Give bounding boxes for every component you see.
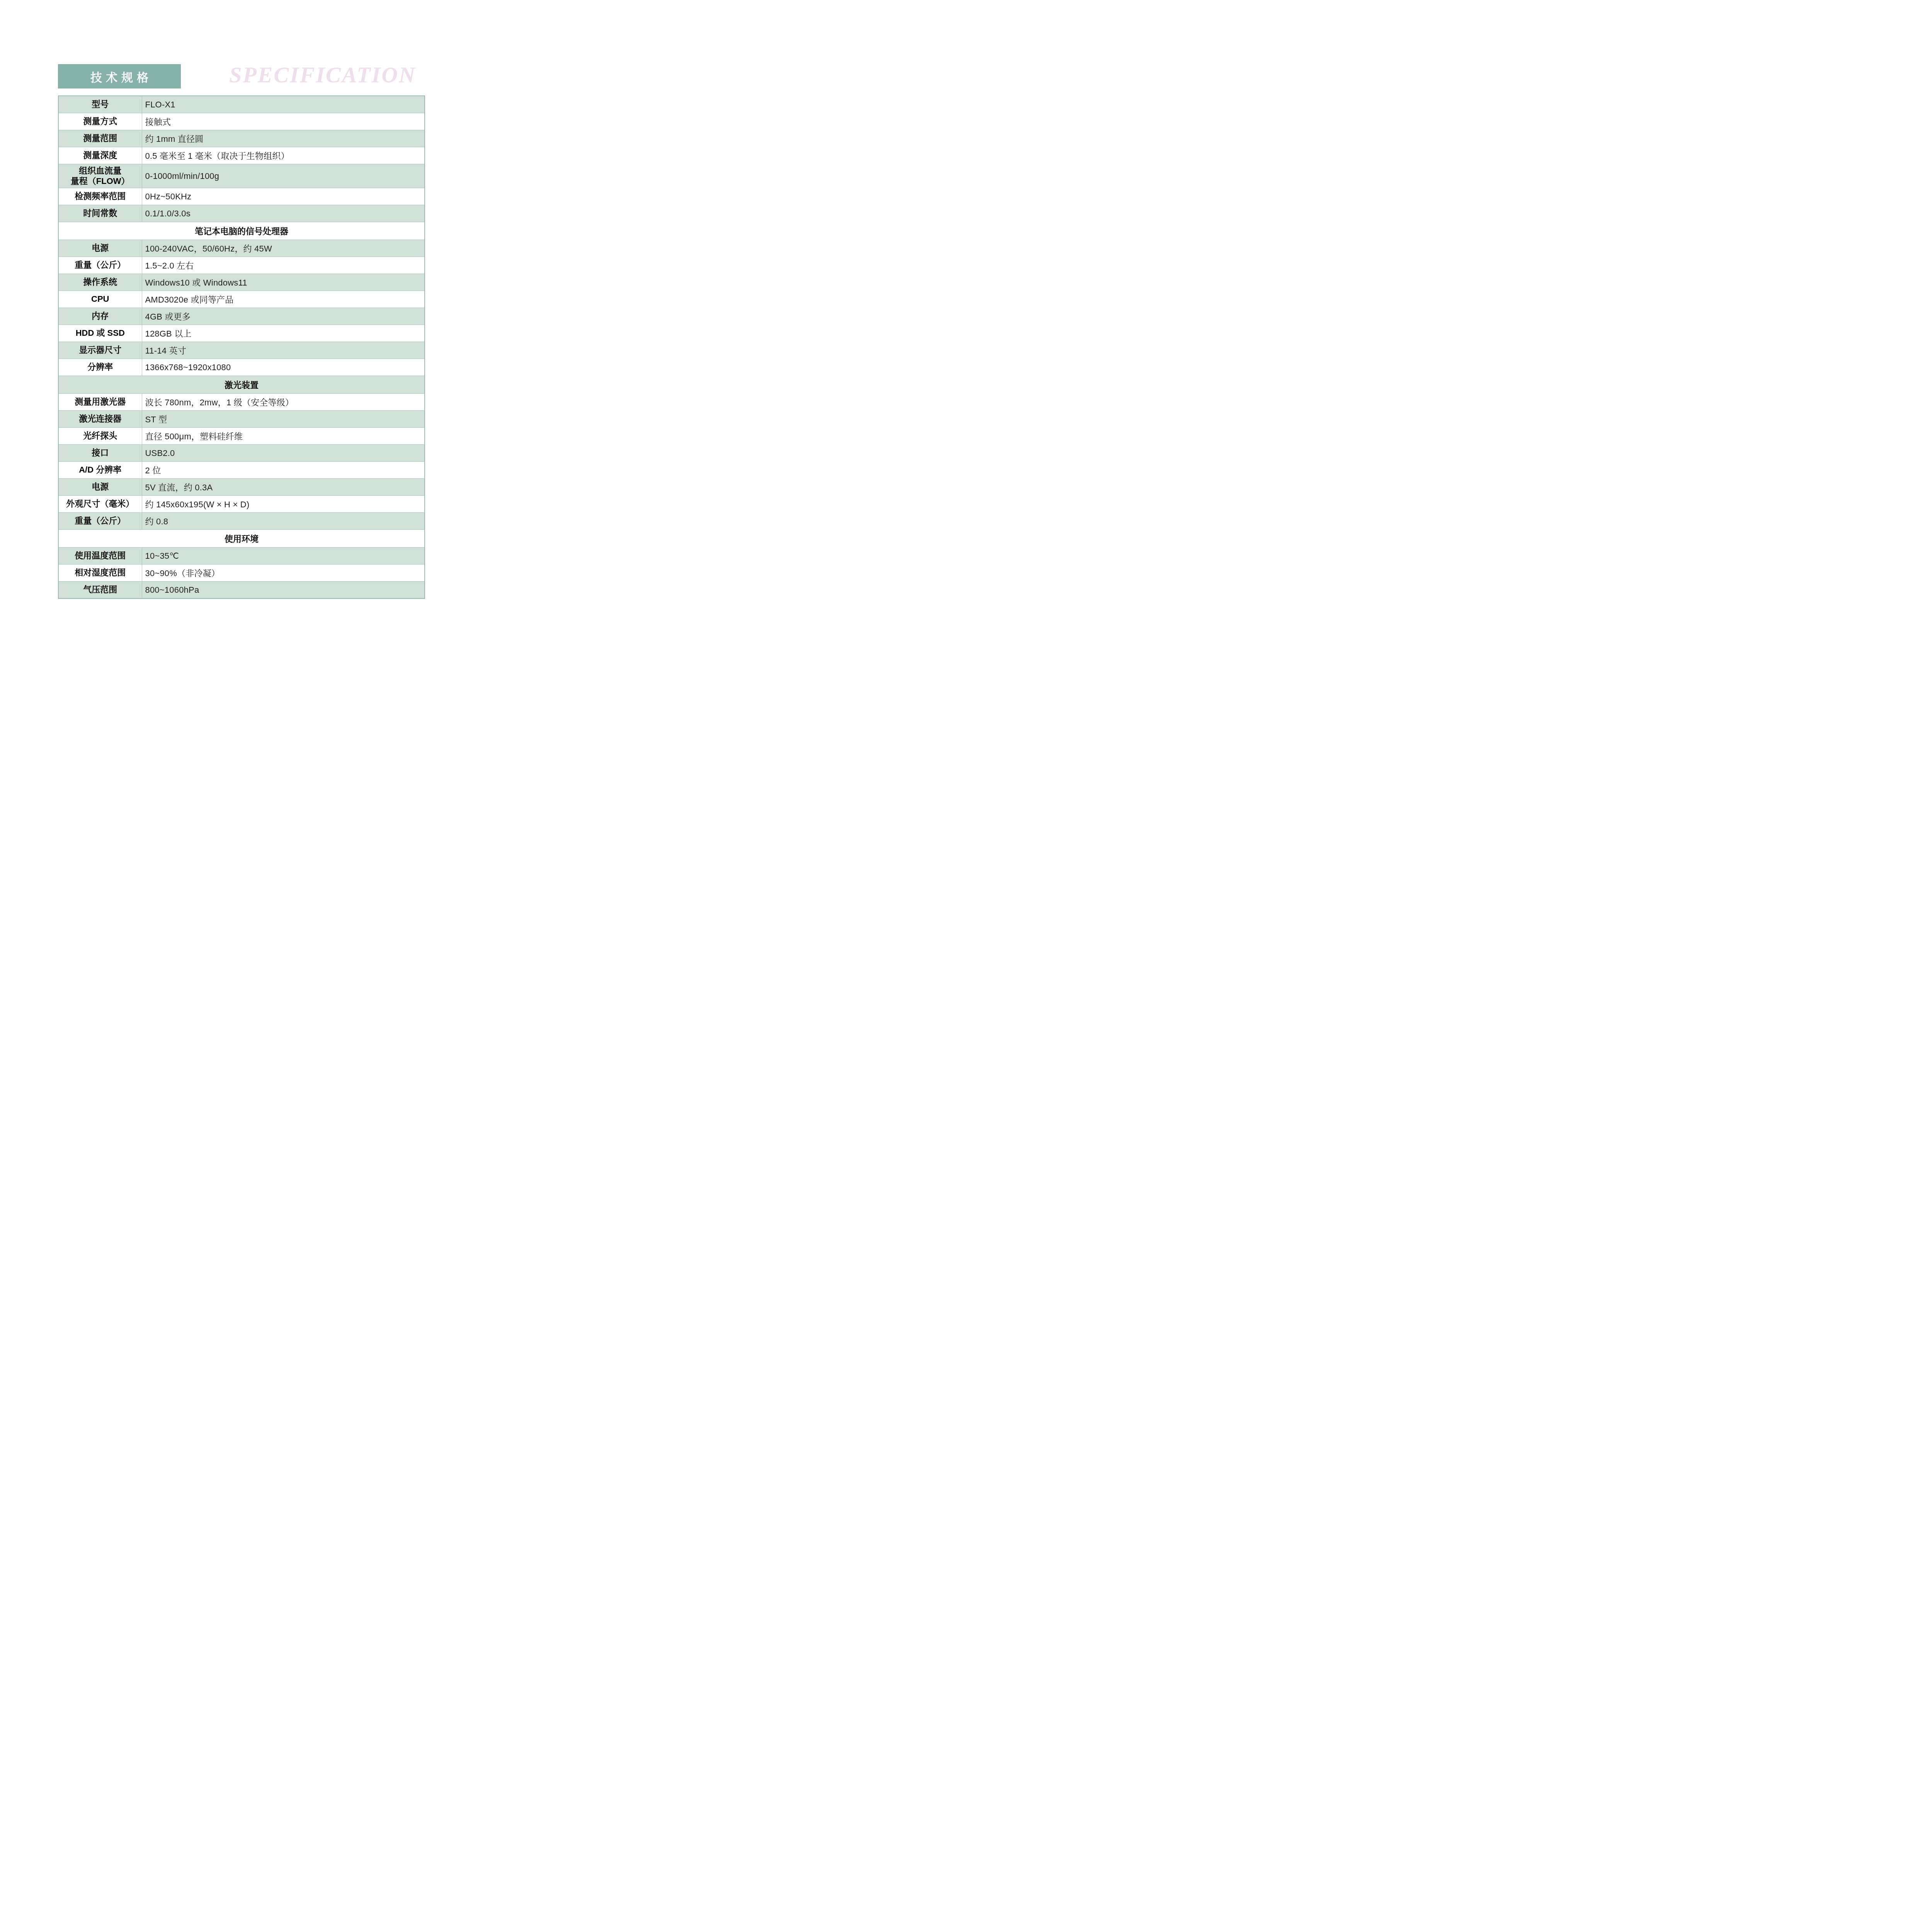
spec-label: 电源 [58, 479, 142, 496]
spec-row: 分辨率1366x768~1920x1080 [58, 359, 425, 376]
spec-row: 时间常数0.1/1.0/3.0s [58, 205, 425, 222]
spec-value: 0Hz~50KHz [142, 188, 425, 205]
spec-value: 10~35℃ [142, 548, 425, 565]
spec-table: 型号FLO-X1测量方式接触式测量范围约 1mm 直径圆测量深度0.5 毫米至 … [58, 95, 425, 599]
section-row: 使用环境 [58, 530, 425, 548]
section-header: 使用环境 [58, 530, 425, 548]
spec-row: 组织血流量量程（FLOW）0-1000ml/min/100g [58, 164, 425, 188]
spec-label: HDD 或 SSD [58, 325, 142, 342]
spec-value: 5V 直流，约 0.3A [142, 479, 425, 496]
spec-row: A/D 分辨率2 位 [58, 462, 425, 479]
spec-row: 光纤探头直径 500μm，塑料硅纤维 [58, 428, 425, 445]
page-title-en: SPECIFICATION [229, 63, 416, 87]
spec-row: 气压范围800~1060hPa [58, 582, 425, 599]
spec-row: 测量深度0.5 毫米至 1 毫米（取决于生物组织） [58, 147, 425, 164]
section-title-box: 技术规格 [58, 64, 181, 88]
spec-label: 气压范围 [58, 582, 142, 599]
spec-value: 0-1000ml/min/100g [142, 164, 425, 188]
spec-value: 约 145x60x195(W × H × D) [142, 496, 425, 513]
spec-value: 接触式 [142, 113, 425, 130]
spec-row: 接口USB2.0 [58, 445, 425, 462]
spec-sheet-page: 技术规格 SPECIFICATION 型号FLO-X1测量方式接触式测量范围约 … [0, 0, 479, 678]
section-row: 笔记本电脑的信号处理器 [58, 222, 425, 240]
spec-value: 4GB 或更多 [142, 308, 425, 325]
spec-value: 波长 780nm，2mw，1 级（安全等级） [142, 394, 425, 411]
spec-row: 相对湿度范围30~90%（非冷凝） [58, 565, 425, 582]
spec-value: AMD3020e 或同等产品 [142, 291, 425, 308]
spec-label: 光纤探头 [58, 428, 142, 445]
section-header: 笔记本电脑的信号处理器 [58, 222, 425, 240]
spec-label: CPU [58, 291, 142, 308]
spec-value: 1.5~2.0 左右 [142, 257, 425, 274]
spec-row: 激光连接器ST 型 [58, 411, 425, 428]
spec-label: 显示器尺寸 [58, 342, 142, 359]
spec-label: 重量（公斤） [58, 513, 142, 530]
spec-value: 约 0.8 [142, 513, 425, 530]
spec-value: 30~90%（非冷凝） [142, 565, 425, 582]
spec-row: 内存4GB 或更多 [58, 308, 425, 325]
spec-row: CPUAMD3020e 或同等产品 [58, 291, 425, 308]
spec-row: 电源100-240VAC，50/60Hz，约 45W [58, 240, 425, 257]
spec-row: 操作系统Windows10 或 Windows11 [58, 274, 425, 291]
spec-label: 外观尺寸（毫米） [58, 496, 142, 513]
spec-label: 型号 [58, 96, 142, 113]
spec-label: 测量范围 [58, 130, 142, 147]
spec-label: 组织血流量量程（FLOW） [58, 164, 142, 188]
spec-value: 11-14 英寸 [142, 342, 425, 359]
spec-label: 激光连接器 [58, 411, 142, 428]
spec-label: 时间常数 [58, 205, 142, 222]
spec-row: HDD 或 SSD128GB 以上 [58, 325, 425, 342]
spec-label: 内存 [58, 308, 142, 325]
spec-value: USB2.0 [142, 445, 425, 462]
spec-row: 显示器尺寸11-14 英寸 [58, 342, 425, 359]
spec-label: 接口 [58, 445, 142, 462]
spec-value: 800~1060hPa [142, 582, 425, 599]
spec-value: 1366x768~1920x1080 [142, 359, 425, 376]
spec-label: 操作系统 [58, 274, 142, 291]
spec-row: 外观尺寸（毫米）约 145x60x195(W × H × D) [58, 496, 425, 513]
spec-row: 测量范围约 1mm 直径圆 [58, 130, 425, 147]
spec-label: A/D 分辨率 [58, 462, 142, 479]
spec-label: 电源 [58, 240, 142, 257]
spec-row: 检测频率范围0Hz~50KHz [58, 188, 425, 205]
spec-row: 测量用激光器波长 780nm，2mw，1 级（安全等级） [58, 394, 425, 411]
spec-label: 测量方式 [58, 113, 142, 130]
spec-label: 分辨率 [58, 359, 142, 376]
spec-label: 测量深度 [58, 147, 142, 164]
page-title-cn: 技术规格 [87, 68, 152, 85]
spec-value: Windows10 或 Windows11 [142, 274, 425, 291]
spec-label: 重量（公斤） [58, 257, 142, 274]
spec-label: 检测频率范围 [58, 188, 142, 205]
spec-value: 0.5 毫米至 1 毫米（取决于生物组织） [142, 147, 425, 164]
spec-value: 128GB 以上 [142, 325, 425, 342]
spec-value: 0.1/1.0/3.0s [142, 205, 425, 222]
spec-row: 重量（公斤）1.5~2.0 左右 [58, 257, 425, 274]
section-row: 激光装置 [58, 376, 425, 394]
spec-row: 电源5V 直流，约 0.3A [58, 479, 425, 496]
spec-value: 约 1mm 直径圆 [142, 130, 425, 147]
spec-row: 型号FLO-X1 [58, 96, 425, 113]
spec-table-body: 型号FLO-X1测量方式接触式测量范围约 1mm 直径圆测量深度0.5 毫米至 … [58, 96, 425, 599]
spec-row: 使用温度范围10~35℃ [58, 548, 425, 565]
spec-label: 使用温度范围 [58, 548, 142, 565]
spec-label: 测量用激光器 [58, 394, 142, 411]
spec-label: 相对湿度范围 [58, 565, 142, 582]
spec-value: 100-240VAC，50/60Hz，约 45W [142, 240, 425, 257]
spec-value: 2 位 [142, 462, 425, 479]
spec-row: 测量方式接触式 [58, 113, 425, 130]
spec-value: ST 型 [142, 411, 425, 428]
spec-value: 直径 500μm，塑料硅纤维 [142, 428, 425, 445]
spec-row: 重量（公斤）约 0.8 [58, 513, 425, 530]
section-header: 激光装置 [58, 376, 425, 394]
spec-value: FLO-X1 [142, 96, 425, 113]
